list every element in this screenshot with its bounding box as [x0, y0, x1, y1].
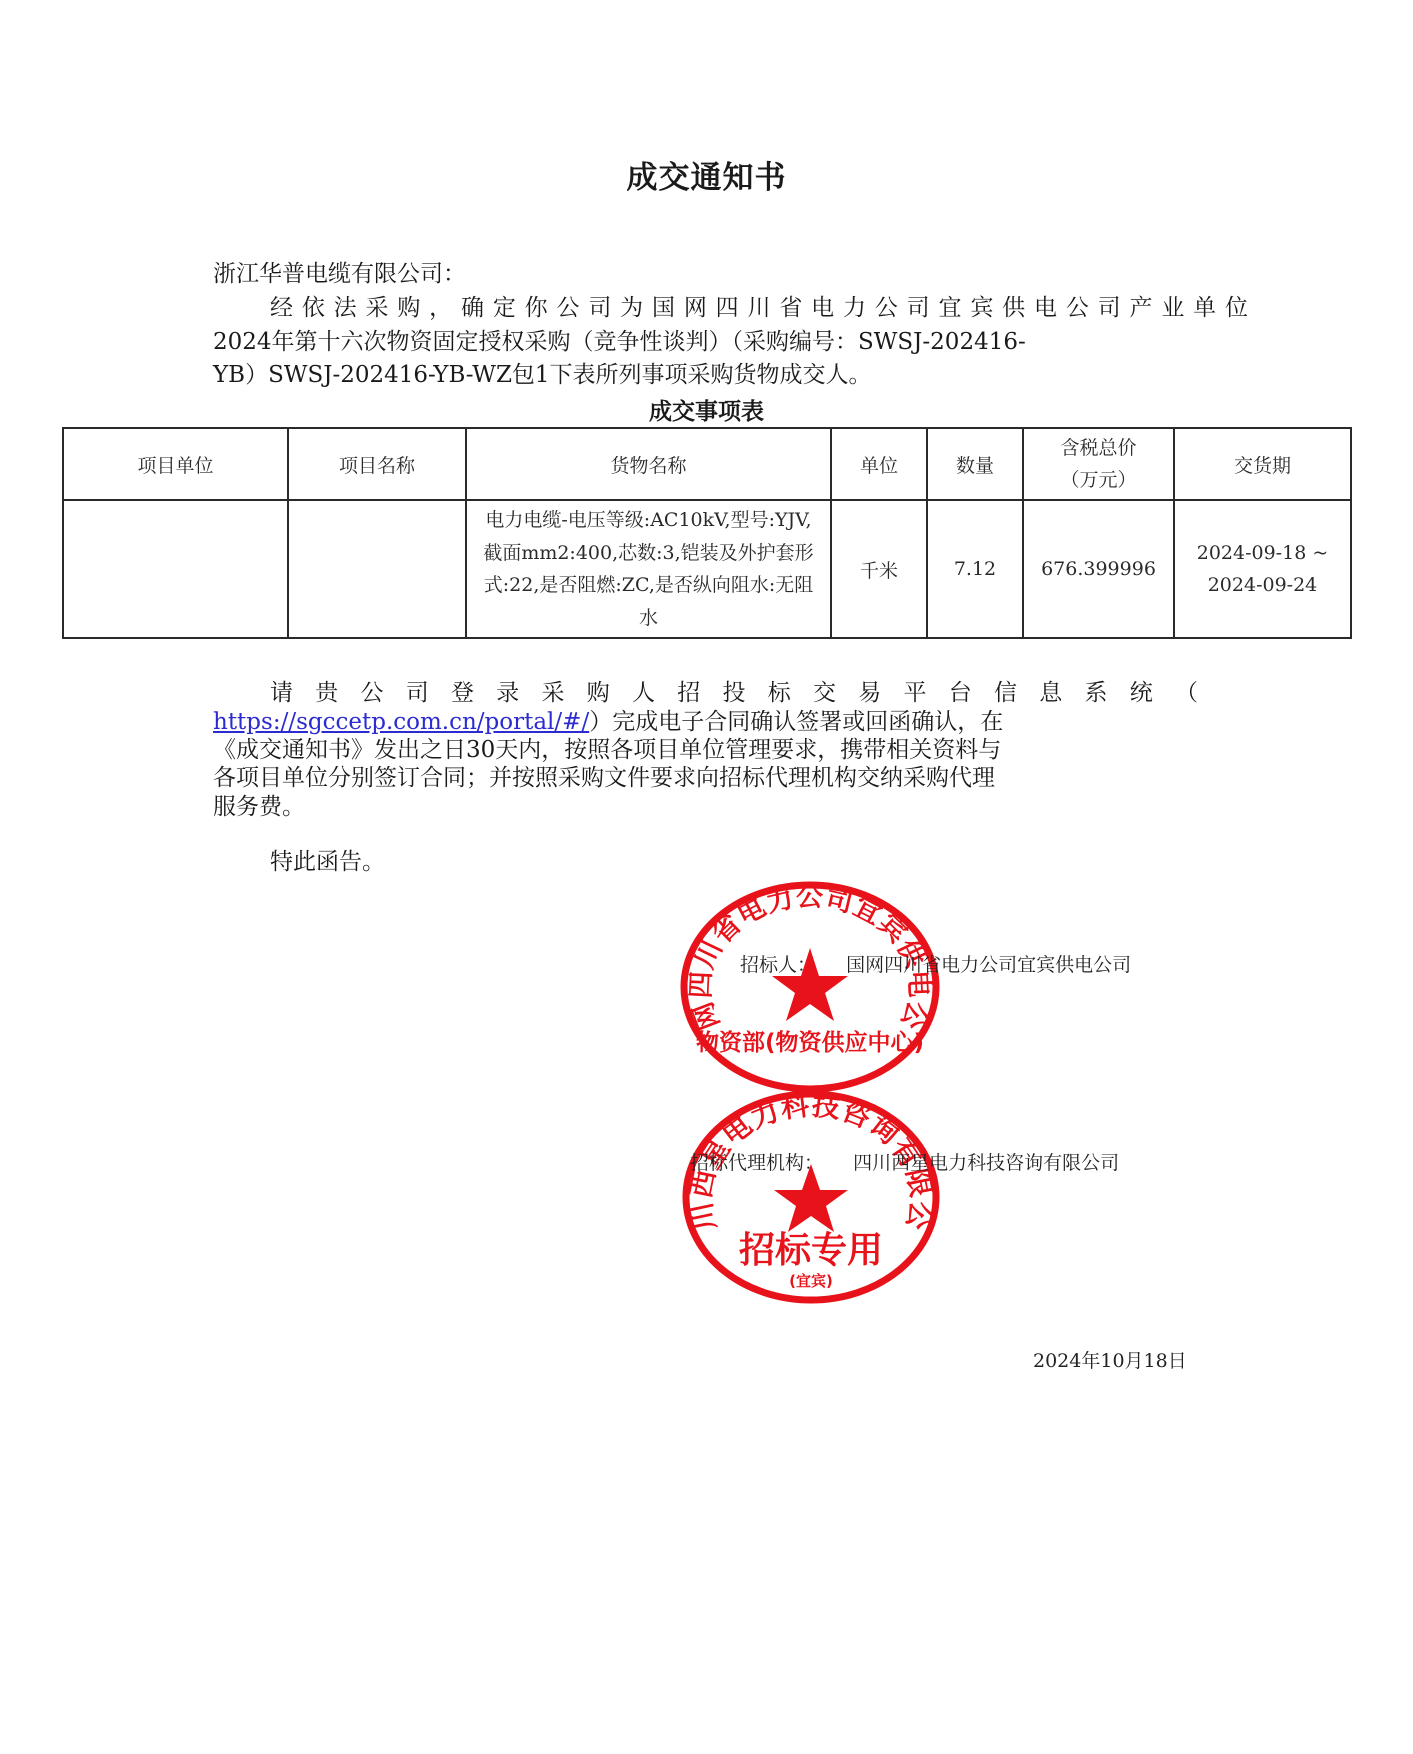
- agent-seal-icon: 四川西星电力科技咨询有限公司 招标专用 (宜宾): [680, 1090, 942, 1304]
- delivery-start: 2024-09-18 ~: [1181, 537, 1344, 569]
- table-row: 电力电缆-电压等级:AC10kV,型号:YJV,截面mm2:400,芯数:3,铠…: [63, 500, 1351, 638]
- cell-quantity: 7.12: [927, 500, 1023, 638]
- body-line-2-rest: ）完成电子合同确认签署或回函确认，在: [589, 709, 1003, 735]
- svg-text:(宜宾): (宜宾): [789, 1272, 833, 1290]
- cell-delivery: 2024-09-18 ~ 2024-09-24: [1174, 500, 1351, 638]
- header-quantity: 数量: [927, 428, 1023, 500]
- tenderer-signature: 招标人： 国网四川省电力公司宜宾供电公司: [740, 950, 1131, 977]
- body-line-3: 《成交通知书》发出之日30天内，按照各项目单位管理要求，携带相关资料与: [213, 736, 1001, 765]
- header-total-price-label: 含税总价: [1030, 432, 1167, 464]
- agent-label: 招标代理机构：: [690, 1152, 823, 1174]
- header-project-name: 项目名称: [288, 428, 466, 500]
- header-delivery: 交货期: [1174, 428, 1351, 500]
- tenderer-label: 招标人：: [740, 954, 816, 976]
- agent-signature: 招标代理机构： 四川西星电力科技咨询有限公司: [690, 1148, 1119, 1175]
- header-unit: 单位: [831, 428, 927, 500]
- cell-project-name: [288, 500, 466, 638]
- header-total-price: 含税总价 （万元）: [1023, 428, 1174, 500]
- header-project-unit: 项目单位: [63, 428, 288, 500]
- table-caption: 成交事项表: [0, 393, 1413, 426]
- intro-line-2: 2024年第十六次物资固定授权采购（竞争性谈判）（采购编号：SWSJ-20241…: [213, 326, 1026, 359]
- cell-unit: 千米: [831, 500, 927, 638]
- intro-line-3: YB）SWSJ-202416-YB-WZ包1下表所列事项采购货物成交人。: [213, 359, 872, 392]
- tenderer-name: 国网四川省电力公司宜宾供电公司: [846, 954, 1131, 976]
- svg-text:招标专用: 招标专用: [739, 1230, 883, 1271]
- table-header-row: 项目单位 项目名称 货物名称 单位 数量 含税总价 （万元） 交货期: [63, 428, 1351, 500]
- agent-name: 四川西星电力科技咨询有限公司: [853, 1152, 1119, 1174]
- cell-goods-name: 电力电缆-电压等级:AC10kV,型号:YJV,截面mm2:400,芯数:3,铠…: [466, 500, 831, 638]
- header-goods-name: 货物名称: [466, 428, 831, 500]
- body-line-5: 服务费。: [213, 793, 305, 822]
- svg-text:物资部(物资供应中心): 物资部(物资供应中心): [696, 1029, 924, 1056]
- cell-project-unit: [63, 500, 288, 638]
- header-total-price-unit: （万元）: [1030, 464, 1167, 496]
- cell-total-price: 676.399996: [1023, 500, 1174, 638]
- issue-date: 2024年10月18日: [1033, 1346, 1187, 1373]
- document-title: 成交通知书: [0, 152, 1413, 197]
- portal-link[interactable]: https://sgccetp.com.cn/portal/#/: [213, 709, 589, 735]
- addressee: 浙江华普电缆有限公司：: [213, 258, 466, 291]
- body-line-4: 各项目单位分别签订合同；并按照采购文件要求向招标代理机构交纳采购代理: [213, 764, 995, 793]
- tenderer-seal-icon: 国网四川省电力公司宜宾供电公司 物资部(物资供应中心): [678, 880, 942, 1095]
- closing-text: 特此函告。: [270, 848, 385, 877]
- body-line-2: https://sgccetp.com.cn/portal/#/）完成电子合同确…: [213, 708, 1003, 737]
- intro-line-1: 经依法采购，确定你公司为国网四川省电力公司宜宾供电公司产业单位: [270, 292, 1248, 325]
- items-table: 项目单位 项目名称 货物名称 单位 数量 含税总价 （万元） 交货期 电力电缆-…: [62, 427, 1352, 639]
- body-line-1: 请贵公司登录采购人招投标交易平台信息系统（: [270, 679, 1198, 708]
- delivery-end: 2024-09-24: [1181, 569, 1344, 601]
